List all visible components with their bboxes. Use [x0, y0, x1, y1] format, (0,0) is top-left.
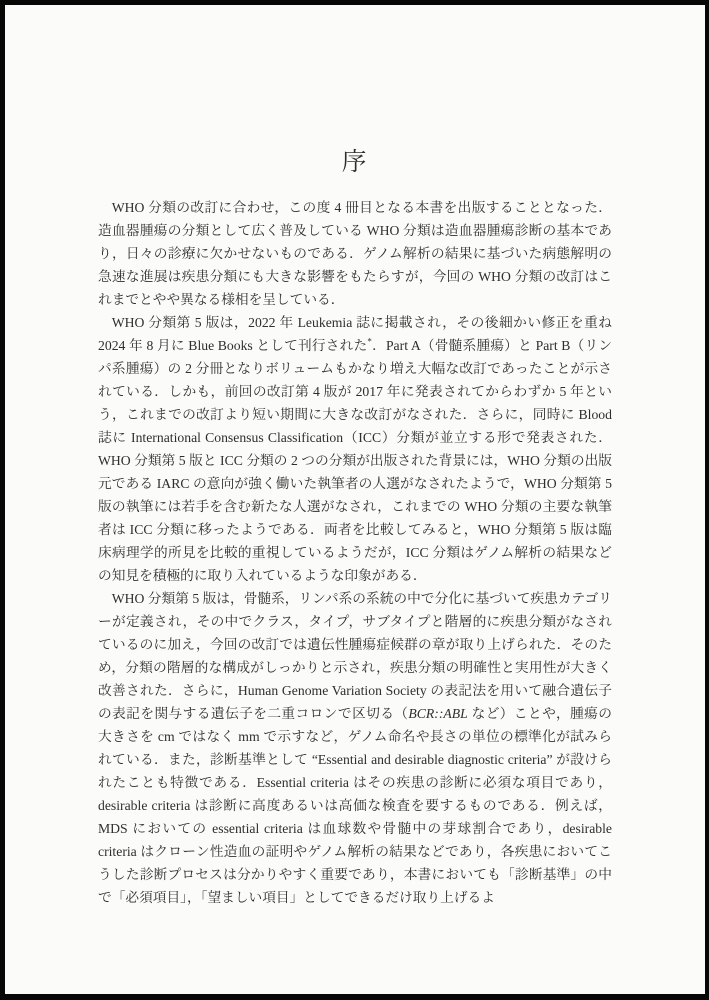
preface-text-block: WHO 分類の改訂に合わせ，この度 4 冊目となる本書を出版することとなった．造…	[98, 196, 612, 909]
book-page: 序 WHO 分類の改訂に合わせ，この度 4 冊目となる本書を出版することとなった…	[5, 5, 705, 994]
paragraph-1-text: WHO 分類の改訂に合わせ，この度 4 冊目となる本書を出版することとなった．造…	[98, 200, 612, 307]
paragraph-2: WHO 分類第 5 版は，2022 年 Leukemia 誌に掲載され，その後細…	[98, 311, 612, 587]
page-title: 序	[5, 5, 705, 175]
gene-symbol-bcr-abl: BCR::ABL	[408, 706, 467, 721]
paragraph-3-text-after-gene: など）ことや，腫瘍の大きさを cm ではなく mm で示すなど，ゲノム命名や長さ…	[98, 706, 612, 905]
paragraph-2-text-after-footnote: ．Part A（骨髄系腫瘍）と Part B（リンパ系腫瘍）の 2 分冊となりボ…	[98, 338, 612, 583]
paragraph-1: WHO 分類の改訂に合わせ，この度 4 冊目となる本書を出版することとなった．造…	[98, 196, 612, 311]
paragraph-3: WHO 分類第 5 版は，骨髄系，リンパ系の系統の中で分化に基づいて疾患カテゴリ…	[98, 587, 612, 909]
paragraph-3-text-before-gene: WHO 分類第 5 版は，骨髄系，リンパ系の系統の中で分化に基づいて疾患カテゴリ…	[98, 591, 612, 721]
scan-border-frame: 序 WHO 分類の改訂に合わせ，この度 4 冊目となる本書を出版することとなった…	[0, 0, 709, 1000]
